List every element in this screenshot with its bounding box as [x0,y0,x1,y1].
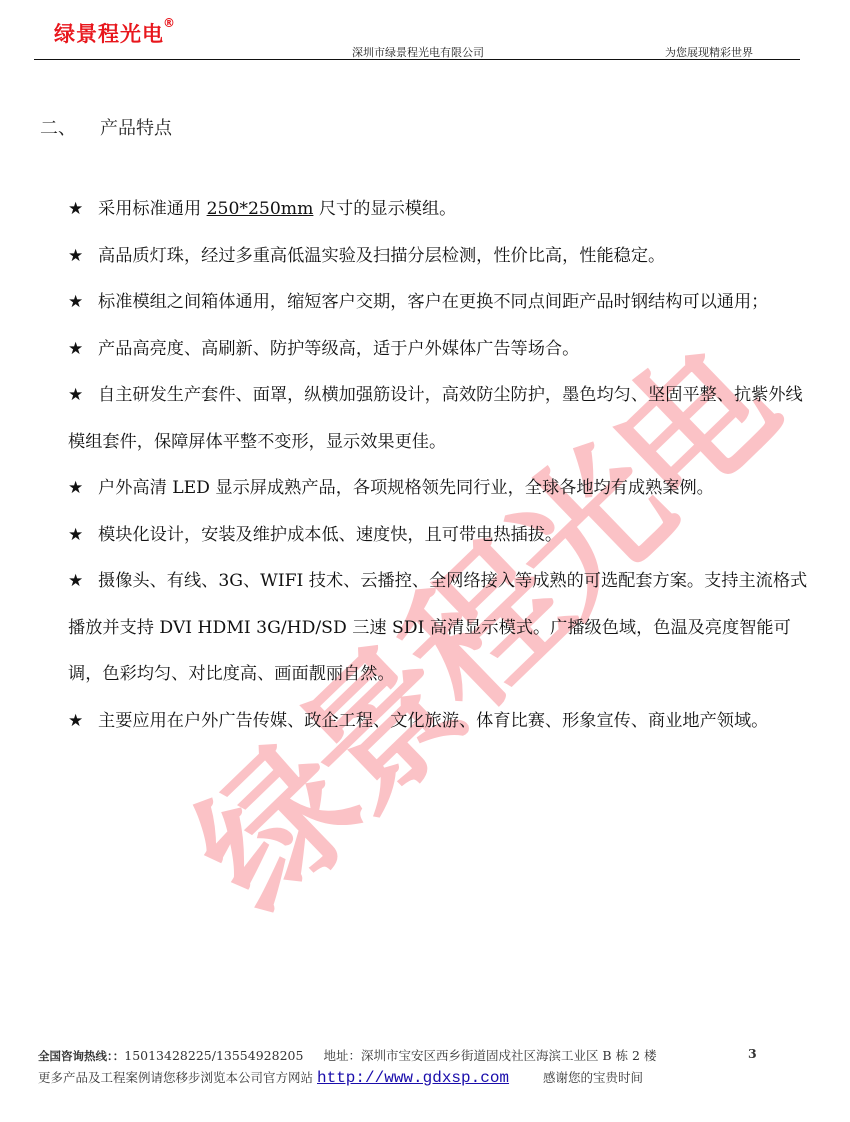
website-link[interactable]: http://www.gdxsp.com [317,1069,509,1087]
page-header: 绿景程光电 ® 深圳市绿景程光电有限公司 为您展现精彩世界 [0,0,850,62]
star-bullet-icon: ★ [68,186,98,233]
thanks-text: 感谢您的宝贵时间 [543,1070,643,1085]
page-number: 3 [748,1046,757,1061]
section-number: 二、 [40,118,76,139]
feature-text: 户外高清 LED 显示屏成熟产品，各项规格领先同行业，全球各地均有成熟案例。 [98,478,714,498]
feature-text: 模块化设计，安装及维护成本低、速度快，且可带电热插拔。 [98,525,562,545]
feature-item: ★自主研发生产套件、面罩，纵横加强筋设计，高效防尘防护，墨色均匀、坚固平整、抗紫… [68,372,808,465]
feature-item: ★户外高清 LED 显示屏成熟产品，各项规格领先同行业，全球各地均有成熟案例。 [68,465,808,512]
feature-item: ★模块化设计，安装及维护成本低、速度快，且可带电热插拔。 [68,512,808,559]
footer-website-line: 更多产品及工程案例请您移步浏览本公司官方网站 http://www.gdxsp.… [38,1068,643,1087]
section-title: 产品特点 [100,118,172,139]
module-size: 250*250mm [207,199,314,219]
hotline-numbers: 15013428225/13554928205 [124,1048,303,1063]
star-bullet-icon: ★ [68,558,98,605]
feature-item: ★产品高亮度、高刷新、防护等级高，适于户外媒体广告等场合。 [68,326,808,373]
header-company-name: 深圳市绿景程光电有限公司 [352,44,484,60]
header-slogan: 为您展现精彩世界 [665,44,753,60]
feature-text: 尺寸的显示模组。 [313,199,456,219]
feature-item: ★主要应用在户外广告传媒、政企工程、文化旅游、体育比赛、形象宣传、商业地产领域。 [68,698,808,745]
hotline-label: 全国咨询热线：： [38,1049,124,1063]
feature-item: ★摄像头、有线、3G、WIFI 技术、云播控、全网络接入等成熟的可选配套方案。支… [68,558,808,698]
star-bullet-icon: ★ [68,279,98,326]
company-logo: 绿景程光电 [54,18,164,48]
feature-item: ★采用标准通用 250*250mm 尺寸的显示模组。 [68,186,808,233]
star-bullet-icon: ★ [68,698,98,745]
registered-mark: ® [163,16,175,30]
feature-text: 摄像头、有线、3G、WIFI 技术、云播控、全网络接入等成熟的可选配套方案。支持… [68,571,807,684]
star-bullet-icon: ★ [68,372,98,419]
footer-contact-line: 全国咨询热线：：15013428225/13554928205地址：深圳市宝安区… [38,1046,656,1064]
star-bullet-icon: ★ [68,465,98,512]
star-bullet-icon: ★ [68,326,98,373]
header-divider [34,59,800,60]
feature-item: ★高品质灯珠，经过多重高低温实验及扫描分层检测，性价比高，性能稳定。 [68,233,808,280]
feature-text: 采用标准通用 [98,199,207,219]
star-bullet-icon: ★ [68,233,98,280]
company-address: 地址：深圳市宝安区西乡街道固戍社区海滨工业区 B 栋 2 楼 [323,1048,656,1063]
section-heading: 二、产品特点 [40,114,172,140]
feature-text: 自主研发生产套件、面罩，纵横加强筋设计，高效防尘防护，墨色均匀、坚固平整、抗紫外… [68,385,803,452]
feature-text: 主要应用在户外广告传媒、政企工程、文化旅游、体育比赛、形象宣传、商业地产领域。 [98,711,768,731]
star-bullet-icon: ★ [68,512,98,559]
feature-text: 产品高亮度、高刷新、防护等级高，适于户外媒体广告等场合。 [98,339,579,359]
more-info-text: 更多产品及工程案例请您移步浏览本公司官方网站 [38,1070,313,1085]
feature-text: 高品质灯珠，经过多重高低温实验及扫描分层检测，性价比高，性能稳定。 [98,246,665,266]
feature-text: 标准模组之间箱体通用，缩短客户交期，客户在更换不同点间距产品时钢结构可以通用； [98,292,768,312]
feature-list: ★采用标准通用 250*250mm 尺寸的显示模组。 ★高品质灯珠，经过多重高低… [68,186,808,744]
feature-item: ★标准模组之间箱体通用，缩短客户交期，客户在更换不同点间距产品时钢结构可以通用； [68,279,808,326]
